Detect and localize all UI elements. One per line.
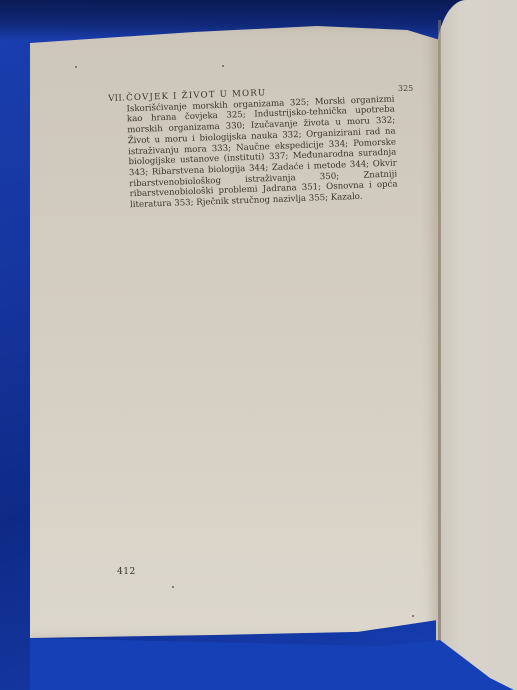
background-cloth: [30, 638, 517, 690]
right-facing-page: [436, 0, 517, 690]
chapter-number: VII.: [108, 93, 126, 104]
paper-speck: [172, 586, 174, 588]
toc-entries: Iskorišćivanje morskih organizama 325; M…: [126, 94, 398, 211]
chapter-start-page: 325: [398, 84, 413, 93]
paper-speck: [412, 615, 414, 617]
page-number: 412: [117, 567, 136, 577]
book-gutter: [438, 20, 441, 660]
paper-speck: [75, 66, 77, 68]
table-of-contents: VII. ČOVJEK I ŽIVOT U MORU Iskorišćivanj…: [108, 84, 398, 212]
paper-speck: [222, 65, 224, 67]
